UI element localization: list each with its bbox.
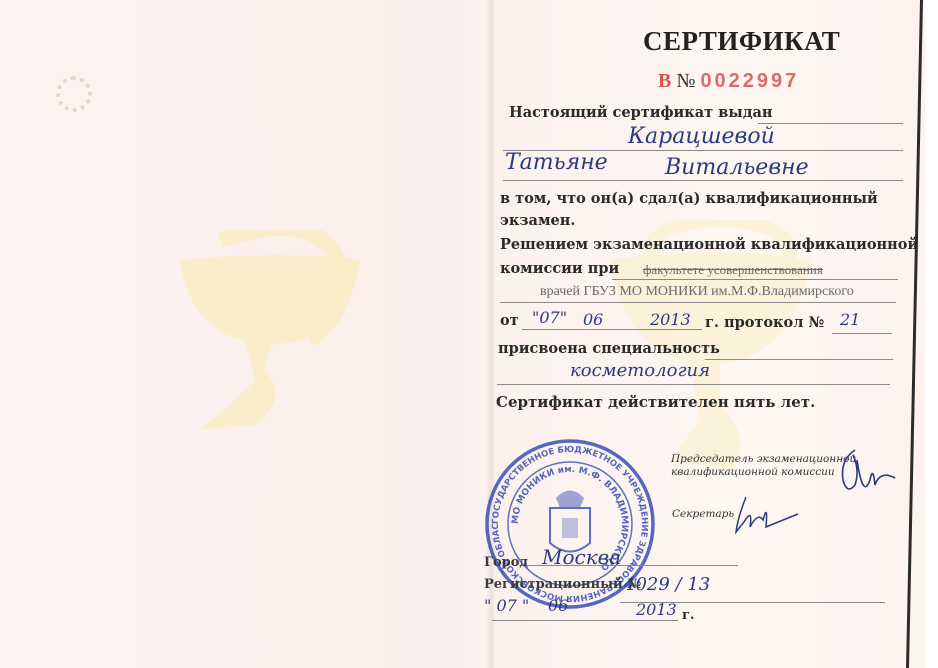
rule xyxy=(832,333,892,334)
specialty-value: косметология xyxy=(570,360,710,381)
rule xyxy=(528,565,738,566)
exam-date-day: "07" xyxy=(532,308,567,327)
commission-fill-line1: факультете усовершенствования xyxy=(643,262,823,278)
registration-label: Регистрационный № xyxy=(484,577,641,592)
bowl-of-hygieia-icon xyxy=(160,230,400,450)
issue-date-year: 2013 xyxy=(636,600,677,619)
protocol-label: г. протокол № xyxy=(705,314,824,331)
issue-day-value: 07 xyxy=(496,596,516,615)
rule xyxy=(522,329,702,330)
exam-date-month: 06 xyxy=(583,310,603,329)
number-sign: № xyxy=(676,70,695,92)
specialty-label: присвоена специальность xyxy=(498,340,720,357)
issued-to-label: Настоящий сертификат выдан xyxy=(509,104,773,121)
validity-text: Сертификат действителен пять лет. xyxy=(496,393,815,411)
secretary-signature xyxy=(728,492,808,552)
chairman-signature xyxy=(835,440,905,510)
chairman-label-line1: Председатель экзаменационной xyxy=(671,453,856,466)
recipient-surname: Карацшевой xyxy=(628,124,775,149)
chairman-label-line2: квалификационной комиссии xyxy=(671,466,856,479)
date-prefix: от xyxy=(500,312,519,329)
issue-year-suffix: г. xyxy=(682,608,695,623)
rule xyxy=(497,384,890,385)
chairman-label: Председатель экзаменационной квалификаци… xyxy=(671,453,856,479)
rule xyxy=(503,180,903,181)
issue-date-month: 06 xyxy=(548,596,568,615)
coat-of-arms-icon xyxy=(550,491,590,552)
decision-line: Решением экзаменационной квалификационно… xyxy=(500,236,918,253)
commission-fill-line2: врачей ГБУЗ МО МОНИКИ им.М.Ф.Владимирско… xyxy=(540,284,854,300)
exam-day-value: 07 xyxy=(539,308,559,327)
protocol-number: 21 xyxy=(840,310,860,329)
recipient-first-name: Татьяне xyxy=(505,150,608,175)
recipient-patronymic: Витальевне xyxy=(665,155,809,180)
secretary-label: Секретарь xyxy=(672,508,734,521)
serial-number: 0022997 xyxy=(700,70,799,92)
issue-date-day: " 07 " xyxy=(484,596,529,615)
embossed-seal-mark xyxy=(56,76,92,112)
rule xyxy=(758,123,903,124)
city-label: Город xyxy=(484,555,528,570)
rule xyxy=(705,359,893,360)
exam-statement-line1: в том, что он(а) сдал(а) квалификационны… xyxy=(500,190,878,207)
rule xyxy=(612,279,898,280)
registration-number: 4029 / 13 xyxy=(624,574,710,595)
certificate-spread: СЕРТИФИКАТ В № 0022997 Настоящий сертифи… xyxy=(0,0,925,668)
commission-label: комиссии при xyxy=(500,260,619,277)
rule xyxy=(492,620,678,621)
series-prefix: В xyxy=(658,70,671,92)
certificate-serial-number: В № 0022997 xyxy=(658,70,799,93)
rule xyxy=(500,302,896,303)
exam-date-year: 2013 xyxy=(650,310,691,329)
exam-statement-line2: экзамен. xyxy=(500,212,575,229)
certificate-title: СЕРТИФИКАТ xyxy=(643,26,840,57)
